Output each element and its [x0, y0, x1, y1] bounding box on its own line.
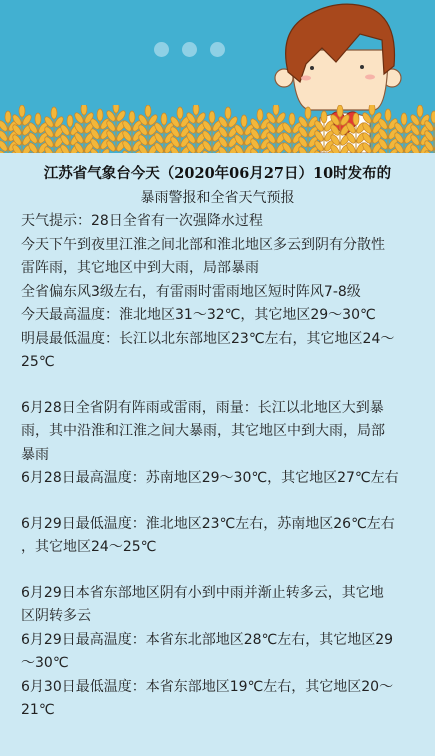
text-line: ，其它地区24～25℃	[21, 536, 421, 560]
wheat-field-icon	[0, 105, 435, 153]
dot-icon	[182, 42, 197, 57]
text-line: 6月29日最高温度：本省东北部地区28℃左右，其它地区29	[21, 629, 421, 653]
text-line: 6月28日全省阴有阵雨或雷雨，雨量：长江以北地区大到暴	[21, 397, 421, 421]
paragraph-june-29-30: 6月29日本省东部地区阴有小到中雨并渐止转多云，其它地 区阴转多云 6月29日最…	[21, 582, 435, 723]
text-line: 雨，其中沿淮和江淮之间大暴雨，其它地区中到大雨，局部	[21, 420, 421, 444]
paragraph-june-29-low: 6月29日最低温度：淮北地区23℃左右，苏南地区26℃左右 ，其它地区24～25…	[21, 513, 435, 560]
text-line: 6月29日最低温度：淮北地区23℃左右，苏南地区26℃左右	[21, 513, 421, 537]
dot-icon	[154, 42, 169, 57]
text-line: 6月28日最高温度：苏南地区29～30℃，其它地区27℃左右	[21, 467, 421, 491]
article-subtitle: 暴雨警报和全省天气预报	[0, 186, 435, 210]
dot-icon	[210, 42, 225, 57]
text-line: 21℃	[21, 699, 421, 723]
paragraph-june-28: 6月28日全省阴有阵雨或雷雨，雨量：长江以北地区大到暴 雨，其中沿淮和江淮之间大…	[21, 397, 435, 491]
text-line: 天气提示：28日全省有一次强降水过程	[21, 210, 421, 234]
forecast-article: 江苏省气象台今天（2020年06月27日）10时发布的 暴雨警报和全省天气预报 …	[0, 153, 435, 756]
paragraph-spacer	[21, 375, 435, 397]
text-line: 25℃	[21, 351, 421, 375]
paragraph-today: 天气提示：28日全省有一次强降水过程 今天下午到夜里江淮之间北部和淮北地区多云到…	[21, 210, 435, 375]
article-title: 江苏省气象台今天（2020年06月27日）10时发布的	[0, 162, 435, 186]
paragraph-spacer	[21, 560, 435, 582]
text-line: 雷阵雨，其它地区中到大雨，局部暴雨	[21, 257, 421, 281]
text-line: ～30℃	[21, 652, 421, 676]
text-line: 暴雨	[21, 444, 421, 468]
text-line: 6月29日本省东部地区阴有小到中雨并渐止转多云，其它地	[21, 582, 421, 606]
text-line: 明晨最低温度：长江以北东部地区23℃左右，其它地区24～	[21, 328, 421, 352]
text-line: 今天下午到夜里江淮之间北部和淮北地区多云到阴有分散性	[21, 234, 421, 258]
text-line: 全省偏东风3级左右，有雷雨时雷雨地区短时阵风7-8级	[21, 281, 421, 305]
text-line: 6月30日最低温度：本省东部地区19℃左右，其它地区20～	[21, 676, 421, 700]
text-line: 今天最高温度：淮北地区31～32℃，其它地区29～30℃	[21, 304, 421, 328]
text-line: 区阴转多云	[21, 605, 421, 629]
header-banner	[0, 0, 435, 153]
paragraph-spacer	[21, 491, 435, 513]
pagination-dots	[154, 42, 225, 57]
